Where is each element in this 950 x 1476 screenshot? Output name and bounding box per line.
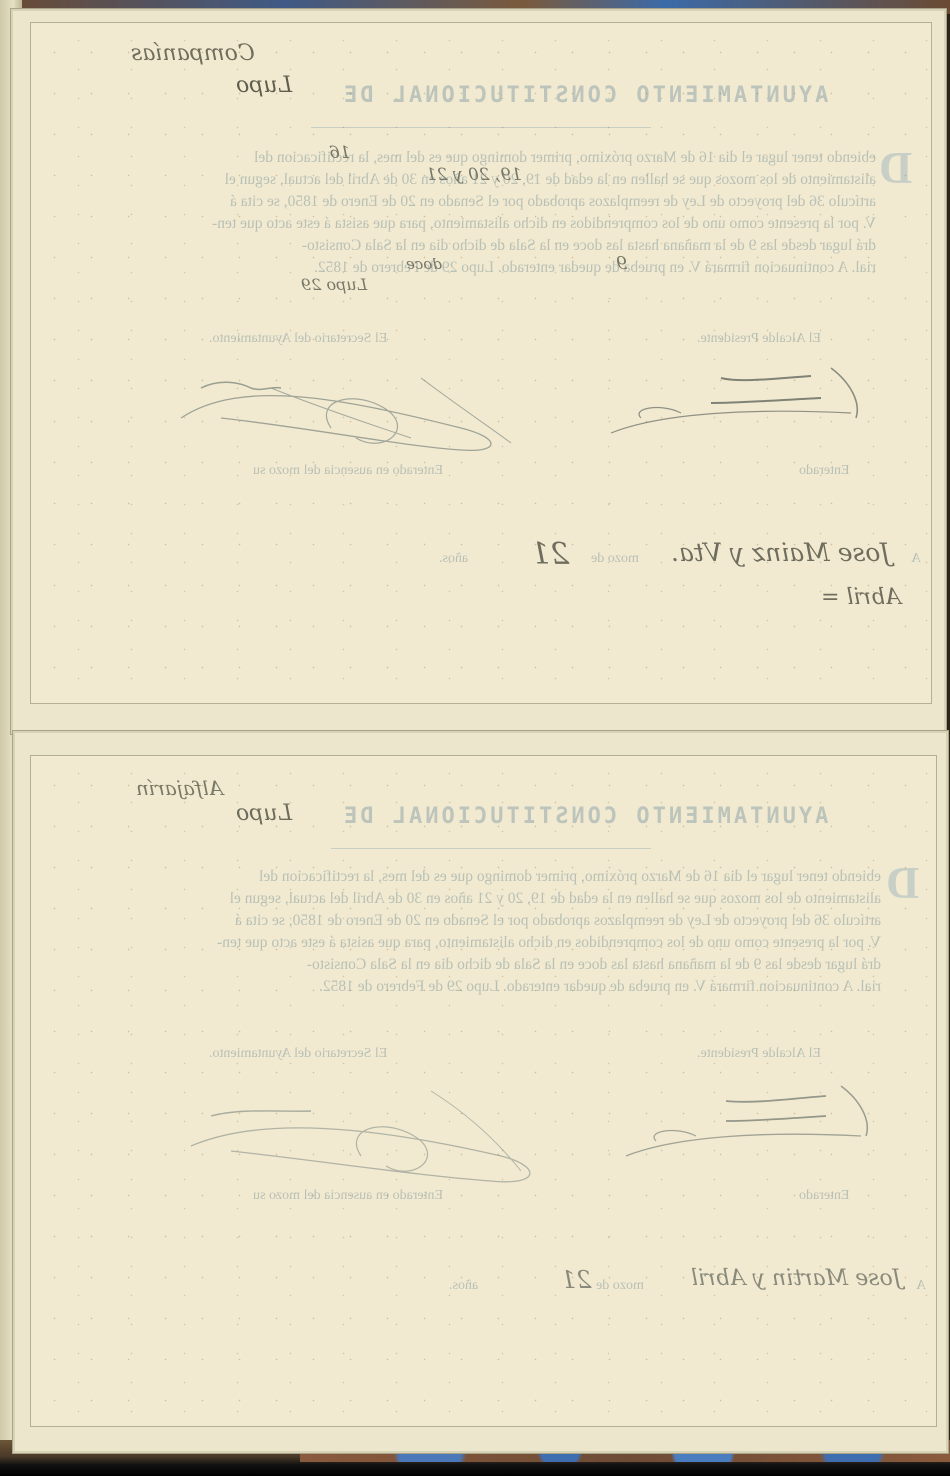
lower-mayor-label: El Alcalde Presidente. bbox=[697, 1046, 821, 1062]
upper-recipient-prefix: A bbox=[911, 551, 921, 567]
upper-body-line-6: rial. A continuacion firmará V. en prueb… bbox=[31, 257, 876, 279]
lower-mayor-signature bbox=[616, 1076, 886, 1170]
lower-footer-right-label: Enterado bbox=[799, 1188, 850, 1204]
upper-page: Companías Lupo AYUNTAMIENTO CONSTITUCION… bbox=[30, 22, 932, 704]
upper-footer-right-label: Enterado bbox=[799, 463, 850, 479]
lower-recipient-prefix: A bbox=[916, 1278, 926, 1294]
lower-secretary-label: El Secretario del Ayuntamiento. bbox=[209, 1046, 387, 1062]
upper-body-line-4: V. por la presente como uno de los compr… bbox=[31, 213, 876, 235]
upper-recipient-line2: Abril = bbox=[821, 585, 901, 610]
upper-body-line-5: drá lugar desde las 9 de la mañana hasta… bbox=[31, 235, 876, 257]
lower-body-line-6: rial. A continuacion firmará V. en prueb… bbox=[31, 976, 881, 998]
upper-mayor-signature bbox=[601, 358, 881, 452]
upper-field-hour: 9 bbox=[616, 253, 627, 274]
lower-body-line-5: drá lugar desde las 9 de la mañana hasta… bbox=[31, 954, 881, 976]
upper-heading-place: Lupo bbox=[236, 73, 292, 98]
lower-recipient-age: 21 bbox=[561, 1266, 592, 1294]
upper-field-ages: 19, 20 y 21 bbox=[426, 165, 522, 185]
upper-footer-left-label: Enterado en ausencia del mozo su bbox=[253, 463, 443, 479]
lower-recipient-mid: mozo de bbox=[596, 1278, 644, 1294]
upper-body-line-3: artículo 36 del proyecto de Ley de reemp… bbox=[31, 191, 876, 213]
upper-field-place-date: Lupo 29 bbox=[301, 275, 367, 294]
upper-secretary-signature bbox=[161, 358, 531, 462]
upper-secretary-label: El Secretario del Ayuntamiento. bbox=[209, 331, 387, 347]
upper-heading-rule bbox=[311, 127, 651, 128]
upper-mayor-label: El Alcalde Presidente. bbox=[697, 331, 821, 347]
lower-recipient-name: Jose Martin y Abril bbox=[691, 1266, 902, 1291]
lower-recipient-suffix: años. bbox=[449, 1278, 478, 1294]
lower-body-line-4: V. por la presente como uno de los compr… bbox=[31, 932, 881, 954]
upper-recipient-suffix: años. bbox=[439, 551, 468, 567]
lower-body-paragraph: ebiendo tener lugar el dia 16 de Marzo p… bbox=[31, 866, 891, 998]
lower-body-line-3: artículo 36 del proyecto de Ley de reemp… bbox=[31, 910, 881, 932]
lower-footer-left-label: Enterado en ausencia del mozo su bbox=[253, 1188, 443, 1204]
lower-page: Alfajarín Lupo AYUNTAMIENTO CONSTITUCION… bbox=[30, 755, 937, 1427]
upper-recipient-name: Jose Mainz y Vta. bbox=[671, 538, 890, 567]
lower-heading-rule bbox=[331, 848, 651, 849]
upper-recipient-age: 21 bbox=[531, 537, 569, 572]
lower-body-line-2: alistamiento de los mozos que se hallen … bbox=[31, 888, 881, 910]
upper-field-until: doce bbox=[406, 255, 442, 273]
lower-body-line-1: ebiendo tener lugar el dia 16 de Marzo p… bbox=[31, 866, 881, 888]
lower-heading: AYUNTAMIENTO CONSTITUCIONAL DE bbox=[341, 804, 828, 829]
upper-field-day: 16 bbox=[329, 143, 351, 163]
lower-annotation-top: Alfajarín bbox=[136, 776, 223, 800]
lower-heading-place: Lupo bbox=[236, 801, 292, 826]
upper-recipient-mid: mozo de bbox=[591, 551, 639, 567]
upper-heading: AYUNTAMIENTO CONSTITUCIONAL DE bbox=[341, 83, 828, 108]
upper-annotation-top: Companías bbox=[131, 41, 255, 66]
lower-secretary-signature bbox=[171, 1076, 571, 1200]
